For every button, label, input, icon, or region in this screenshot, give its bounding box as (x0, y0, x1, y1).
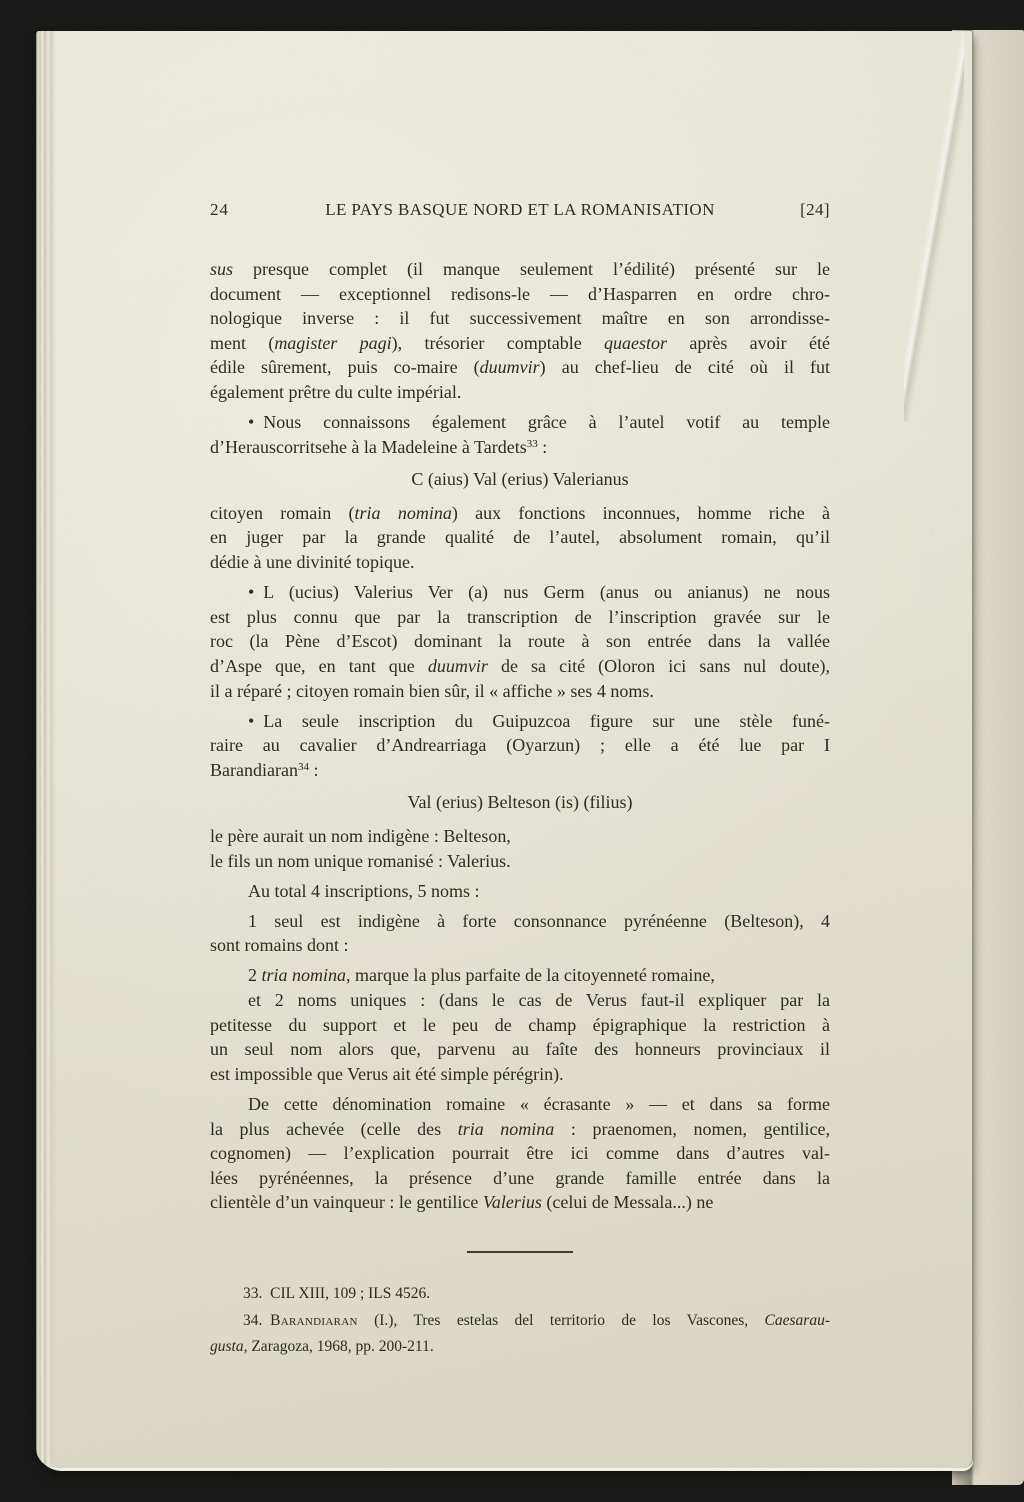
text-line: dédie à une divinité topique. (210, 550, 830, 575)
smallcaps-text: Barandiaran (270, 1312, 358, 1329)
italic-text: gusta (210, 1338, 244, 1355)
book-page: 24 LE PAYS BASQUE NORD ET LA ROMANISATIO… (36, 31, 973, 1468)
text-line: 33. CIL XIII, 109 ; ILS 4526. (210, 1281, 830, 1307)
text-line: De cette dénomination romaine « écrasant… (210, 1092, 830, 1117)
italic-text: quaestor (604, 333, 667, 353)
text-line: nologique inverse : il fut successivemen… (210, 306, 830, 331)
text-line: et 2 noms uniques : (dans le cas de Veru… (210, 988, 830, 1013)
body-text: sus presque complet (il manque seulement… (210, 257, 830, 1215)
paragraph: • Nous connaissons également grâce à l’a… (210, 410, 830, 459)
text-line: d’Herauscorritsehe à la Madeleine à Tard… (210, 435, 830, 460)
text-line: • La seule inscription du Guipuzcoa figu… (210, 709, 830, 734)
footnote-marker: 33 (527, 438, 538, 450)
paragraph: 1 seul est indigène à forte consonnance … (210, 909, 830, 958)
text-line: Au total 4 inscriptions, 5 noms : (210, 879, 830, 904)
page-content: 24 LE PAYS BASQUE NORD ET LA ROMANISATIO… (210, 31, 830, 1361)
paragraph: Au total 4 inscriptions, 5 noms : (210, 879, 830, 904)
text-line: lées pyrénéennes, la présence d’une gran… (210, 1166, 830, 1191)
paragraph: le père aurait un nom indigène : Belteso… (210, 824, 830, 873)
text-line: le fils un nom unique romanisé : Valeriu… (210, 849, 830, 874)
page-header: 24 LE PAYS BASQUE NORD ET LA ROMANISATIO… (210, 200, 830, 220)
italic-text: tria nomina (262, 965, 347, 985)
text-line: clientèle d’un vainqueur : le gentilice … (210, 1190, 830, 1215)
paragraph: sus presque complet (il manque seulement… (210, 257, 830, 405)
paragraph: 2 tria nomina, marque la plus parfaite d… (210, 963, 830, 988)
text-line: citoyen romain (tria nomina) aux fonctio… (210, 501, 830, 526)
footnote: 33. CIL XIII, 109 ; ILS 4526. (210, 1281, 830, 1307)
text-line: ment (magister pagi), trésorier comptabl… (210, 331, 830, 356)
text-line: édile sûrement, puis co-maire (duumvir) … (210, 355, 830, 380)
inscription-line: Val (erius) Belteson (is) (filius) (210, 790, 830, 815)
text-line: roc (la Pène d’Escot) dominant la route … (210, 629, 830, 654)
text-line: le père aurait un nom indigène : Belteso… (210, 824, 830, 849)
page-number-bracketed: [24] (760, 200, 830, 220)
text-line: gusta, Zaragoza, 1968, pp. 200-211. (210, 1334, 830, 1360)
text-line: 34. Barandiaran (I.), Tres estelas del t… (210, 1308, 830, 1334)
paragraph: citoyen romain (tria nomina) aux fonctio… (210, 501, 830, 575)
paragraph: • L (ucius) Valerius Ver (a) nus Germ (a… (210, 580, 830, 703)
italic-text: Valerius (483, 1192, 542, 1212)
text-line: • Nous connaissons également grâce à l’a… (210, 410, 830, 435)
paragraph: • La seule inscription du Guipuzcoa figu… (210, 709, 830, 783)
text-line: cognomen) — l’explication pourrait être … (210, 1141, 830, 1166)
text-line: raire au cavalier d’Andrearriaga (Oyarzu… (210, 733, 830, 758)
text-line: est impossible que Verus ait été simple … (210, 1062, 830, 1087)
paragraph: De cette dénomination romaine « écrasant… (210, 1092, 830, 1215)
text-line: il a réparé ; citoyen romain bien sûr, i… (210, 679, 830, 704)
text-line: la plus achevée (celle des tria nomina :… (210, 1117, 830, 1142)
running-title: LE PAYS BASQUE NORD ET LA ROMANISATION (280, 200, 760, 220)
text-line: sus presque complet (il manque seulement… (210, 257, 830, 282)
paragraph: et 2 noms uniques : (dans le cas de Veru… (210, 988, 830, 1086)
page-number: 24 (210, 200, 280, 220)
footnotes: 33. CIL XIII, 109 ; ILS 4526.34. Barandi… (210, 1281, 830, 1360)
footnote: 34. Barandiaran (I.), Tres estelas del t… (210, 1308, 830, 1360)
page-spine-edges (36, 31, 56, 1468)
italic-text: sus (210, 259, 233, 279)
text-line: sont romains dont : (210, 933, 830, 958)
text-line: est plus connu que par la transcription … (210, 605, 830, 630)
text-line: • L (ucius) Valerius Ver (a) nus Germ (a… (210, 580, 830, 605)
italic-text: duumvir (480, 357, 540, 377)
italic-text: duumvir (428, 656, 488, 676)
text-line: document — exceptionnel redisons-le — d’… (210, 282, 830, 307)
text-line: un seul nom alors que, parvenu au faîte … (210, 1037, 830, 1062)
inscription-line: C (aius) Val (erius) Valerianus (210, 467, 830, 492)
italic-text: tria nomina (355, 503, 452, 523)
footnote-marker: 34 (298, 761, 309, 773)
scan-background: 24 LE PAYS BASQUE NORD ET LA ROMANISATIO… (0, 0, 1024, 1502)
italic-text: tria nomina (458, 1119, 555, 1139)
text-line: d’Aspe que, en tant que duumvir de sa ci… (210, 654, 830, 679)
italic-text: Caesarau- (765, 1312, 830, 1329)
text-line: Barandiaran34 : (210, 758, 830, 783)
text-line: 2 tria nomina, marque la plus parfaite d… (210, 963, 830, 988)
text-line: en juger par la grande qualité de l’aute… (210, 525, 830, 550)
text-line: 1 seul est indigène à forte consonnance … (210, 909, 830, 934)
text-line: petitesse du support et le peu de champ … (210, 1013, 830, 1038)
footnote-rule (467, 1251, 573, 1253)
text-line: également prêtre du culte impérial. (210, 380, 830, 405)
paper-crease (904, 31, 964, 421)
italic-text: magister pagi (274, 333, 391, 353)
